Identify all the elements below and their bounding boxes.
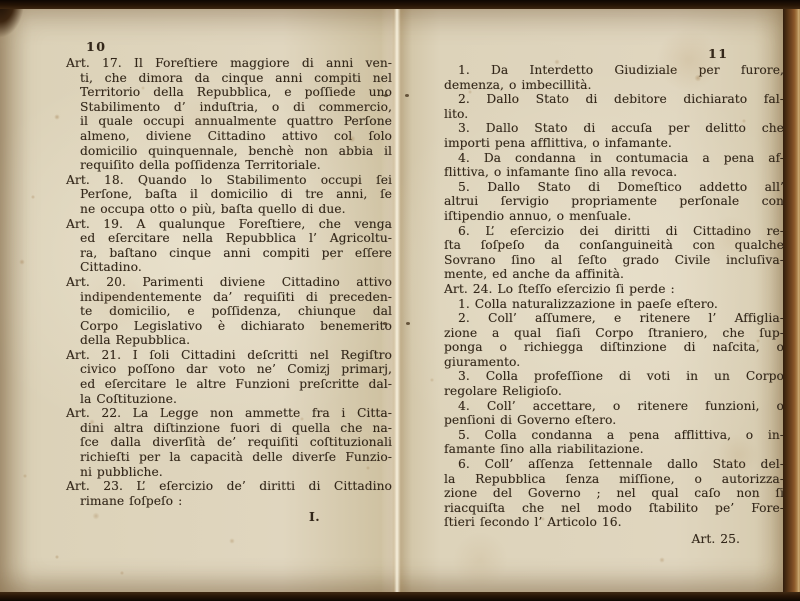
article-paragraph: Art. 17. Il Foreſtiere maggiore di anni …: [66, 56, 392, 173]
text-line: 3. Colla profeſſione di voti in un Corpo: [444, 369, 784, 384]
text-line: Art. 24. Lo ſteſſo eſercizio ſi perde :: [444, 282, 784, 297]
text-line: 6. L’ eſercizio dei diritti di Cittadino…: [444, 224, 784, 239]
text-line: dini altra diſtinzione fuori di quella c…: [66, 421, 392, 436]
text-line: civico poſſono dar voto ne’ Comizj prima…: [66, 362, 392, 377]
text-line: Art. 19. A qualunque Foreſtiere, che ven…: [66, 217, 392, 232]
text-line: altrui ſervigio propriamente perſonale c…: [444, 194, 784, 209]
text-line: domicilio quinquennale, benchè non abbia…: [66, 144, 392, 159]
text-line: te domicilio, e poſſidenza, chiunque dal: [66, 304, 392, 319]
page-number-right: 11: [708, 46, 728, 61]
text-line: 1. Da Interdetto Giudiziale per furore,: [444, 63, 784, 78]
binding-stitch-dot: [406, 322, 410, 325]
book-page-spread: 10 11 Art. 17. Il Foreſtiere maggiore di…: [0, 8, 785, 593]
text-line: Perſone, baſta il domicilio di tre anni,…: [66, 187, 392, 202]
text-line: Cittadino.: [66, 260, 392, 275]
text-line: demenza, o imbecillità.: [444, 78, 784, 93]
list-item: 3. Dallo Stato di accuſa per delitto che…: [444, 121, 784, 150]
text-line: importi pena afflittiva, o infamante.: [444, 136, 784, 151]
text-line: almeno, diviene Cittadino attivo col ſol…: [66, 129, 392, 144]
list-item: 1. Da Interdetto Giudiziale per furore,d…: [444, 63, 784, 92]
list-item: 5. Dallo Stato di Domeſtico addetto all’…: [444, 180, 784, 224]
list-item: 5. Colla condanna a pena afflittiva, o i…: [444, 428, 784, 457]
text-line: Stabilimento d’ induſtria, o di commerci…: [66, 100, 392, 115]
text-line: 1. Colla naturalizzazione in paeſe eſter…: [444, 297, 784, 312]
binding-stitch-dot: [405, 94, 409, 97]
text-line: il quale occupi annualmente quattro Perſ…: [66, 114, 392, 129]
text-line: famante ſino alla riabilitazione.: [444, 442, 784, 457]
text-line: 2. Dallo Stato di debitore dichiarato fa…: [444, 92, 784, 107]
page-right-paragraphs: 1. Da Interdetto Giudiziale per furore,d…: [444, 63, 784, 530]
text-line: ſta ſoſpeſo da conſanguineità con qualch…: [444, 238, 784, 253]
text-line: rimane ſoſpeſo :: [66, 494, 392, 509]
text-line: ſce dalla diverſità de’ requiſiti coſtit…: [66, 435, 392, 450]
text-line: indipendentemente da’ requiſiti di prece…: [66, 290, 392, 305]
signature-mark: I.: [66, 510, 392, 525]
text-line: penſioni di Governo eſtero.: [444, 413, 784, 428]
list-item: 2. Dallo Stato di debitore dichiarato fa…: [444, 92, 784, 121]
list-item: 4. Coll’ accettare, o ritenere funzioni,…: [444, 399, 784, 428]
text-line: la Coſtituzione.: [66, 392, 392, 407]
text-line: iſtipendio annuo, o menſuale.: [444, 209, 784, 224]
text-line: Art. 17. Il Foreſtiere maggiore di anni …: [66, 56, 392, 71]
text-line: Art. 20. Parimenti diviene Cittadino att…: [66, 275, 392, 290]
article-paragraph: Art. 19. A qualunque Foreſtiere, che ven…: [66, 217, 392, 275]
text-line: 4. Coll’ accettare, o ritenere funzioni,…: [444, 399, 784, 414]
book-edge-top: [0, 0, 800, 9]
text-line: giuramento.: [444, 355, 784, 370]
text-line: ra, baſtano cinque anni compiti per eſſe…: [66, 246, 392, 261]
text-line: 5. Colla condanna a pena afflittiva, o i…: [444, 428, 784, 443]
article-paragraph: Art. 18. Quando lo Stabilimento occupi ſ…: [66, 173, 392, 217]
article-paragraph: Art. 23. L’ eſercizio de’ diritti di Cit…: [66, 479, 392, 508]
text-line: mente, ed anche da affinità.: [444, 267, 784, 282]
text-line: flittiva, o infamante ſino alla revoca.: [444, 165, 784, 180]
catchword: Art. 25.: [444, 532, 784, 547]
text-line: ne occupa otto o più, baſta quello di du…: [66, 202, 392, 217]
text-line: regolare Religioſo.: [444, 384, 784, 399]
list-item: 3. Colla profeſſione di voti in un Corpo…: [444, 369, 784, 398]
list-item: 2. Coll’ aſſumere, e ritenere l’ Affigli…: [444, 311, 784, 369]
text-line: Art. 23. L’ eſercizio de’ diritti di Cit…: [66, 479, 392, 494]
text-line: Art. 21. I ſoli Cittadini deſcritti nel …: [66, 348, 392, 363]
text-line: Corpo Legislativo è dichiarato benemerit…: [66, 319, 392, 334]
text-line: ti, che dimora da cinque anni compiti ne…: [66, 71, 392, 86]
text-line: lito.: [444, 107, 784, 122]
text-line: Sovrano ſino al ſeſto grado Civile inclu…: [444, 253, 784, 268]
article-paragraph: Art. 21. I ſoli Cittadini deſcritti nel …: [66, 348, 392, 406]
text-line: richieſti per la capacità delle diverſe …: [66, 450, 392, 465]
text-line: Art. 22. La Legge non ammette fra i Citt…: [66, 406, 392, 421]
text-line: zione del Governo ; nel qual caſo non ſi: [444, 486, 784, 501]
text-line: della Repubblica.: [66, 333, 392, 348]
text-line: 5. Dallo Stato di Domeſtico addetto all’: [444, 180, 784, 195]
text-line: ni pubbliche.: [66, 465, 392, 480]
list-item: 1. Colla naturalizzazione in paeſe eſter…: [444, 297, 784, 312]
page-left-text-column: Art. 17. Il Foreſtiere maggiore di anni …: [66, 56, 392, 525]
text-line: 6. Coll’ aſſenza ſettennale dallo Stato …: [444, 457, 784, 472]
list-item: 6. Coll’ aſſenza ſettennale dallo Stato …: [444, 457, 784, 530]
text-line: ſtieri ſecondo l’ Articolo 16.: [444, 515, 784, 530]
page-number-left: 10: [86, 39, 106, 54]
list-item: 6. L’ eſercizio dei diritti di Cittadino…: [444, 224, 784, 282]
text-line: ed eſercitare nella Repubblica l’ Agrico…: [66, 231, 392, 246]
text-line: Art. 18. Quando lo Stabilimento occupi ſ…: [66, 173, 392, 188]
page-left-articles: Art. 17. Il Foreſtiere maggiore di anni …: [66, 56, 392, 508]
book-photo: 10 11 Art. 17. Il Foreſtiere maggiore di…: [0, 0, 800, 601]
text-line: 3. Dallo Stato di accuſa per delitto che: [444, 121, 784, 136]
text-line: ed eſercitare le altre Funzioni preſcrit…: [66, 377, 392, 392]
text-line: Territorio della Repubblica, e poſſiede …: [66, 85, 392, 100]
text-line: 2. Coll’ aſſumere, e ritenere l’ Affigli…: [444, 311, 784, 326]
text-line: requiſito della poſſidenza Territoriale.: [66, 158, 392, 173]
text-line: riacquiſta che nel modo ſtabilito pe’ Fo…: [444, 501, 784, 516]
article-paragraph: Art. 20. Parimenti diviene Cittadino att…: [66, 275, 392, 348]
page-right-text-column: 1. Da Interdetto Giudiziale per furore,d…: [444, 63, 784, 547]
list-item: 4. Da condanna in contumacia a pena af-f…: [444, 151, 784, 180]
book-edge-bottom: [0, 592, 800, 601]
text-line: zione a qual ſiaſi Corpo ſtraniero, che …: [444, 326, 784, 341]
article-paragraph: Art. 22. La Legge non ammette fra i Citt…: [66, 406, 392, 479]
text-line: la Repubblica ſenza miſſione, o autorizz…: [444, 472, 784, 487]
book-page-edges-right: [783, 0, 800, 601]
text-line: ponga o richiegga diſtinzione di naſcita…: [444, 340, 784, 355]
article-heading: Art. 24. Lo ſteſſo eſercizio ſi perde :: [444, 282, 784, 297]
text-line: 4. Da condanna in contumacia a pena af-: [444, 151, 784, 166]
